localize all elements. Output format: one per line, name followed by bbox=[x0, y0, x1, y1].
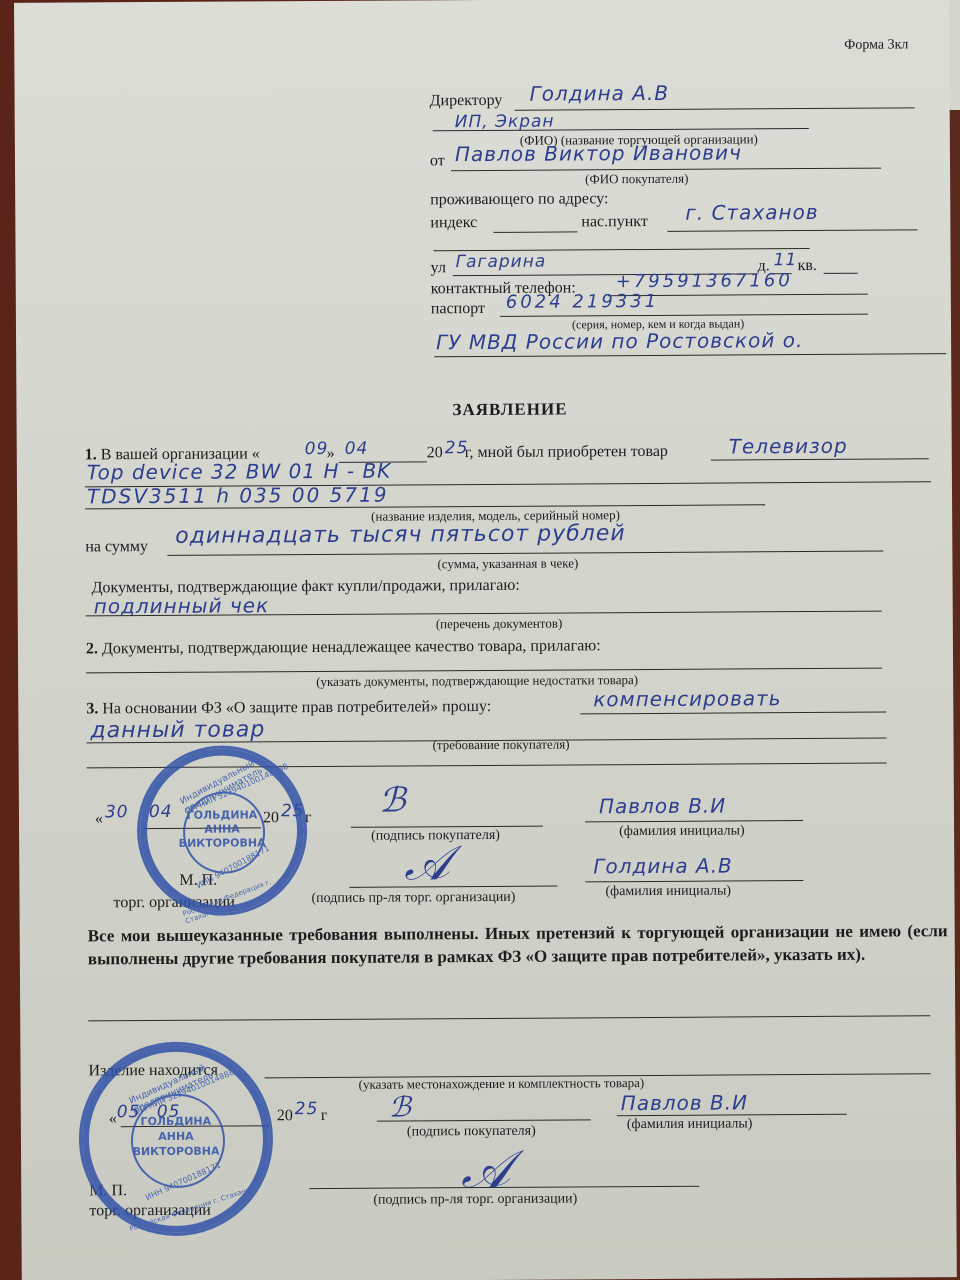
phone-value[interactable]: +79591367160 bbox=[616, 270, 793, 292]
house-value[interactable]: 11 bbox=[774, 250, 798, 270]
seller-signature-1: 𝒜 bbox=[404, 835, 450, 892]
city-label: нас.пункт bbox=[581, 213, 648, 231]
passport-value[interactable]: 6024 219331 bbox=[506, 291, 659, 313]
product-line bbox=[711, 458, 929, 460]
street-label: ул bbox=[431, 259, 446, 277]
serial-value[interactable]: TDSV3511 h 035 00 5719 bbox=[87, 483, 389, 509]
street-value[interactable]: Гагарина bbox=[456, 252, 547, 273]
block2-year-prefix: 20 bbox=[277, 1107, 293, 1125]
block2-year-suffix[interactable]: 25 bbox=[295, 1099, 319, 1119]
index-label: индекс bbox=[430, 214, 477, 232]
request-caption: (требование покупателя) bbox=[433, 736, 570, 753]
application-form-page: Форма 3кл Директору Голдина А.В ИП, Экра… bbox=[14, 0, 957, 1280]
director-value[interactable]: Голдина А.В bbox=[530, 81, 670, 106]
index-line[interactable] bbox=[493, 231, 577, 233]
director-label: Директору bbox=[430, 92, 503, 110]
company-stamp-1: Индивидуальный предприниматель ОГРНИП 32… bbox=[137, 745, 308, 916]
seller-sign-line-1[interactable] bbox=[349, 886, 557, 888]
product-value[interactable]: Телевизор bbox=[729, 434, 848, 459]
seller-sign-caption-1: (подпись пр-ля торг. организации) bbox=[311, 890, 515, 907]
form-label: Форма 3кл bbox=[844, 37, 908, 53]
seller-sign-caption-2: (подпись пр-ля торг. организации) bbox=[373, 1191, 577, 1208]
city-line bbox=[667, 229, 917, 232]
flat-label: кв. bbox=[798, 257, 817, 275]
sum-caption: (сумма, указанная в чеке) bbox=[437, 555, 578, 572]
buyer-sign-line-2[interactable] bbox=[377, 1119, 591, 1121]
request-line1 bbox=[580, 712, 886, 715]
request-value-line1[interactable]: компенсировать bbox=[593, 686, 781, 711]
purchase-docs-caption: (перечень документов) bbox=[436, 616, 563, 633]
seller-name-value-1[interactable]: Голдина А.В bbox=[593, 853, 733, 878]
section1-text-c: г, мной был приобретен товар bbox=[465, 443, 668, 462]
address-label: проживающего по адресу: bbox=[430, 190, 608, 209]
section2-caption: (указать документы, подтверждающие недос… bbox=[316, 672, 638, 690]
section2-label: Документы, подтверждающие ненадлежащее к… bbox=[102, 637, 601, 657]
section3-number: 3. bbox=[86, 700, 98, 717]
buyer-signature-1: ℬ bbox=[379, 780, 406, 820]
sum-label: на сумму bbox=[85, 538, 148, 556]
passport-issued-value[interactable]: ГУ МВД России по Ростовской о. bbox=[436, 328, 803, 354]
closing-line[interactable] bbox=[88, 1015, 930, 1021]
block2-year-unit: г bbox=[321, 1107, 328, 1125]
closing-paragraph: Все мои вышеуказанные требования выполне… bbox=[88, 919, 948, 970]
sum-value[interactable]: одиннадцать тысяч пятьсот рублей bbox=[175, 521, 626, 549]
company-stamp-2: Индивидуальный предприниматель ОГРНИП 32… bbox=[78, 1041, 273, 1236]
seller-name-line-1 bbox=[585, 880, 803, 882]
purchase-month[interactable]: 04 bbox=[345, 439, 369, 459]
document-title: ЗАЯВЛЕНИЕ bbox=[452, 399, 567, 420]
purchase-day[interactable]: 09 bbox=[305, 439, 329, 459]
city-value[interactable]: г. Стаханов bbox=[685, 200, 818, 225]
seller-name-caption-1: (фамилия инициалы) bbox=[605, 883, 731, 900]
buyer-sign-caption-2: (подпись покупателя) bbox=[407, 1124, 536, 1141]
purchase-year-prefix: 20 bbox=[427, 444, 443, 462]
request-value-line2[interactable]: данный товар bbox=[90, 717, 265, 743]
from-label: от bbox=[430, 152, 445, 170]
buyer-name-value-1[interactable]: Павлов В.И bbox=[599, 794, 726, 819]
block1-date-day[interactable]: 30 bbox=[105, 802, 129, 822]
buyer-name-value-2[interactable]: Павлов В.И bbox=[621, 1090, 748, 1115]
address-extra-line bbox=[434, 248, 810, 251]
flat-line[interactable] bbox=[824, 273, 858, 274]
section3-label: На основании ФЗ «О защите прав потребите… bbox=[102, 698, 491, 717]
section2-number: 2. bbox=[86, 640, 98, 657]
from-caption: (ФИО покупателя) bbox=[585, 171, 688, 188]
passport-label: паспорт bbox=[431, 300, 485, 318]
from-value[interactable]: Павлов Виктор Иванович bbox=[455, 140, 742, 166]
buyer-name-caption-2: (фамилия инициалы) bbox=[627, 1116, 753, 1133]
director-line bbox=[515, 107, 915, 110]
model-value[interactable]: Top device 32 BW 01 H - BK bbox=[87, 459, 392, 485]
buyer-name-caption-1: (фамилия инициалы) bbox=[619, 823, 745, 840]
buyer-signature-2: ℬ bbox=[389, 1090, 411, 1123]
buyer-name-line-1 bbox=[585, 820, 803, 822]
